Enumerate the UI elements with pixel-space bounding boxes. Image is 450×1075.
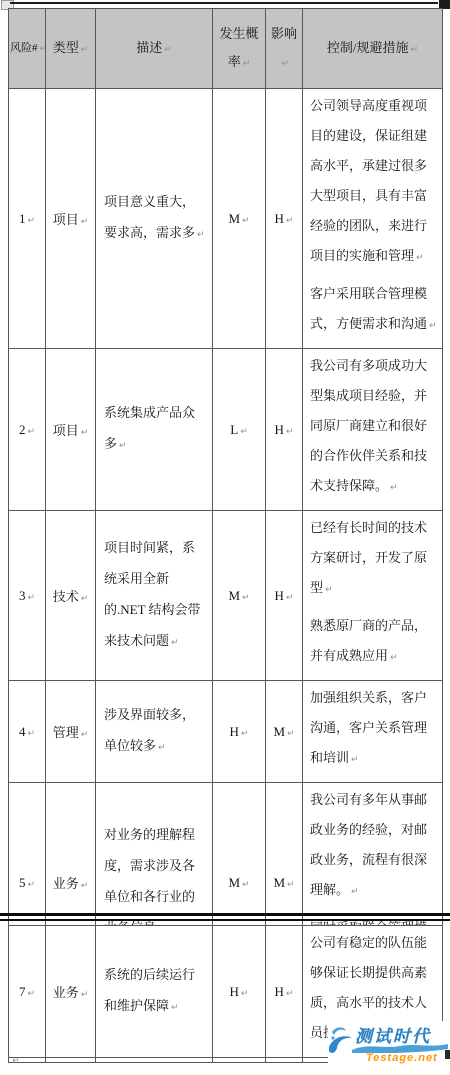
- controls-cell: 加强组织关系，客户沟通，客户关系管理和培训↵: [303, 681, 443, 783]
- controls-cell: 公司领导高度重视项目的建设，保证组建高水平，承建过很多大型项目，具有丰富经验的团…: [303, 89, 443, 349]
- table-row: 1↵ 项目↵ 项目意义重大，要求高，需求多↵ M↵ H↵ 公司领导高度重视项目的…: [9, 89, 443, 349]
- probability-cell: M↵: [213, 511, 266, 681]
- controls-cell: 我公司有多项成功大型集成项目经验，并同原厂商建立和很好的合作伙伴关系和技术支持保…: [303, 349, 443, 511]
- top-border-line: [10, 2, 438, 4]
- return-mark-icon: ↵: [287, 729, 295, 739]
- document-page: 风险#↵ 类型↵ 描述↵ 发生概率↵ 影响↵ 控制/规避措施↵ 1↵ 项目↵ 项…: [0, 0, 450, 1075]
- cursor-block: [445, 1050, 450, 1059]
- return-mark-icon: ↵: [27, 989, 35, 999]
- return-mark-icon: ↵: [27, 593, 35, 603]
- impact-cell: H↵: [266, 349, 303, 511]
- type-cell: 项目↵: [46, 349, 96, 511]
- return-mark-icon: ↵: [429, 321, 437, 331]
- risk-id-cell: 4↵: [9, 681, 46, 783]
- return-mark-icon: ↵: [81, 217, 89, 227]
- return-mark-icon: ↵: [242, 880, 250, 890]
- header-risk-id: 风险#↵: [9, 9, 46, 89]
- type-cell: 管理↵: [46, 681, 96, 783]
- type-cell: 项目↵: [46, 89, 96, 349]
- return-mark-icon: ↵: [164, 45, 172, 55]
- return-mark-icon: ↵: [286, 427, 294, 437]
- impact-cell: H↵: [266, 89, 303, 349]
- return-mark-icon: ↵: [27, 729, 35, 739]
- return-mark-icon: ↵: [243, 59, 251, 69]
- return-mark-icon: ↵: [286, 989, 294, 999]
- header-impact: 影响↵: [266, 9, 303, 89]
- probability-cell: H↵: [213, 681, 266, 783]
- control-paragraph: 已经有长时间的技术方案研讨，开发了原型↵: [310, 513, 438, 605]
- return-mark-icon: ↵: [81, 881, 89, 891]
- header-row: 风险#↵ 类型↵ 描述↵ 发生概率↵ 影响↵ 控制/规避措施↵: [9, 9, 443, 89]
- control-paragraph: 客户采用联合管理模式，方便需求和沟通↵: [310, 279, 438, 341]
- return-mark-icon: ↵: [81, 990, 89, 1000]
- return-mark-icon: ↵: [27, 880, 35, 890]
- header-probability: 发生概率↵: [213, 9, 266, 89]
- return-mark-icon: ↵: [325, 585, 333, 595]
- page-break-line: [0, 919, 450, 921]
- return-mark-icon: ↵: [286, 216, 294, 226]
- description-cell: 涉及界面较多，单位较多↵: [96, 681, 213, 783]
- controls-cell: 已经有长时间的技术方案研讨，开发了原型↵ 熟悉原厂商的产品，并有成熟应用↵: [303, 511, 443, 681]
- return-mark-icon: ↵: [171, 1003, 179, 1013]
- impact-cell: H↵: [266, 511, 303, 681]
- return-mark-icon: ↵: [351, 887, 359, 897]
- return-mark-icon: ↵: [390, 653, 398, 663]
- risk-id-cell: 7↵: [9, 926, 46, 1058]
- description-cell: 系统集成产品众多↵: [96, 349, 213, 511]
- return-mark-icon: ↵: [351, 755, 359, 765]
- return-mark-icon: ↵: [119, 441, 127, 451]
- return-mark-icon: ↵: [286, 593, 294, 603]
- return-mark-icon: ↵: [411, 45, 419, 55]
- return-mark-icon: ↵: [242, 216, 250, 226]
- impact-cell: M↵: [266, 681, 303, 783]
- impact-cell: H↵: [266, 926, 303, 1058]
- probability-cell: M↵: [213, 89, 266, 349]
- return-mark-icon: ↵: [240, 427, 248, 437]
- header-type: 类型↵: [46, 9, 96, 89]
- probability-cell: H↵: [213, 926, 266, 1058]
- page-break-line: [0, 913, 450, 916]
- risk-table: 风险#↵ 类型↵ 描述↵ 发生概率↵ 影响↵ 控制/规避措施↵ 1↵ 项目↵ 项…: [8, 8, 443, 1063]
- return-mark-icon: ↵: [416, 253, 424, 263]
- return-mark-icon: ↵: [171, 638, 179, 648]
- return-mark-icon: ↵: [158, 743, 166, 753]
- return-mark-icon: ↵: [242, 593, 250, 603]
- return-mark-icon: ↵: [390, 483, 398, 493]
- risk-id-cell: 1↵: [9, 89, 46, 349]
- return-mark-icon: ↵: [241, 989, 249, 999]
- end-of-document-mark: ↵: [12, 1056, 20, 1066]
- return-mark-icon: ↵: [81, 730, 89, 740]
- risk-id-cell: 3↵: [9, 511, 46, 681]
- description-cell: 项目意义重大，要求高，需求多↵: [96, 89, 213, 349]
- return-mark-icon: ↵: [40, 44, 46, 54]
- header-controls: 控制/规避措施↵: [303, 9, 443, 89]
- control-paragraph: 熟悉原厂商的产品，并有成熟应用↵: [310, 611, 438, 673]
- probability-cell: L↵: [213, 349, 266, 511]
- table-row: 3↵ 技术↵ 项目时间紧，系统采用全新的.NET 结构会带来技术问题↵ M↵ H…: [9, 511, 443, 681]
- return-mark-icon: ↵: [27, 216, 35, 226]
- type-cell: 业务↵: [46, 926, 96, 1058]
- header-description: 描述↵: [96, 9, 213, 89]
- description-cell: 系统的后续运行和维护保障↵: [96, 926, 213, 1058]
- return-mark-icon: ↵: [81, 45, 89, 55]
- watermark-domain: Testage.net: [366, 1052, 438, 1064]
- table-row: 2↵ 项目↵ 系统集成产品众多↵ L↵ H↵ 我公司有多项成功大型集成项目经验，…: [9, 349, 443, 511]
- control-paragraph: 公司领导高度重视项目的建设，保证组建高水平，承建过很多大型项目，具有丰富经验的团…: [310, 91, 438, 273]
- risk-id-cell: 2↵: [9, 349, 46, 511]
- return-mark-icon: ↵: [27, 427, 35, 437]
- control-paragraph: 我公司有多年从事邮政业务的经验，对邮政业务，流程有很深理解。↵: [310, 785, 438, 907]
- control-paragraph: 我公司有多项成功大型集成项目经验，并同原厂商建立和很好的合作伙伴关系和技术支持保…: [310, 351, 438, 503]
- table-row: 4↵ 管理↵ 涉及界面较多，单位较多↵ H↵ M↵ 加强组织关系，客户沟通，客户…: [9, 681, 443, 783]
- return-mark-icon: ↵: [81, 428, 89, 438]
- control-paragraph: 加强组织关系，客户沟通，客户关系管理和培训↵: [310, 683, 438, 775]
- return-mark-icon: ↵: [281, 59, 289, 69]
- return-mark-icon: ↵: [241, 729, 249, 739]
- return-mark-icon: ↵: [197, 230, 205, 240]
- return-mark-icon: ↵: [81, 594, 89, 604]
- type-cell: 技术↵: [46, 511, 96, 681]
- return-mark-icon: ↵: [287, 880, 295, 890]
- description-cell: 项目时间紧，系统采用全新的.NET 结构会带来技术问题↵: [96, 511, 213, 681]
- watermark: 测试时代 Testage.net: [328, 1021, 450, 1069]
